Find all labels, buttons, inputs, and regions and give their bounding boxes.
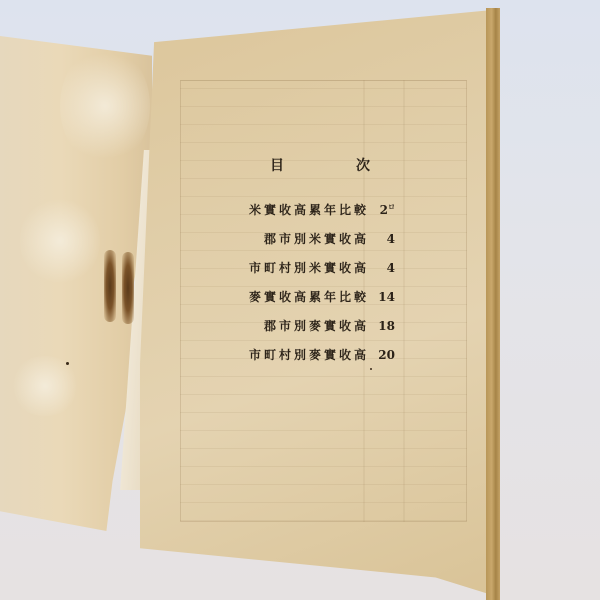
toc-list: 米實收高累年比較 2ロ 郡市別米實收高 4 市町村別米實收高 4 麥實收高累年比… [195,195,395,369]
toc-entry-label: 郡市別麥實收高 [264,317,369,334]
toc-entry: 麥實收高累年比較 14 [195,282,395,311]
toc-entry-label: 郡市別米實收高 [264,230,369,247]
toc-entry: 市町村別米實收高 4 [195,253,395,282]
water-stain [60,46,150,166]
binding-stain [122,252,134,324]
toc-entry-page: 4 [373,232,395,246]
annotation-mark: ロ [388,202,395,211]
toc-entry: 郡市別米實收高 4 [195,224,395,253]
toc-entry-label: 市町村別麥實收高 [249,346,369,363]
speck [66,362,69,365]
toc-entry-label: 市町村別米實收高 [249,259,369,276]
toc-heading-right: 次 [356,155,370,175]
water-stain [20,196,100,286]
toc-entry-page: 14 [373,290,395,304]
toc-entry-page: 18 [373,319,395,333]
toc-entry-label: 米實收高累年比較 [249,201,369,218]
toc-entry-label: 麥實收高累年比較 [249,288,369,305]
toc-entry-page: 2ロ [373,202,395,217]
toc-entry: 市町村別麥實收高 20 [195,340,395,369]
toc-entry-page: 4 [373,261,395,275]
toc-heading: 目 次 [270,155,370,175]
page-edge [486,8,500,600]
book-photo: 目 次 米實收高累年比較 2ロ 郡市別米實收高 4 市町村別米實收高 4 麥實收… [0,0,600,600]
binding-stain [104,250,116,322]
toc-entry: 郡市別麥實收高 18 [195,311,395,340]
water-stain [10,356,80,416]
toc-entry-page: 20 [373,348,395,362]
toc-entry: 米實收高累年比較 2ロ [195,195,395,224]
toc-heading-left: 目 [270,155,284,175]
